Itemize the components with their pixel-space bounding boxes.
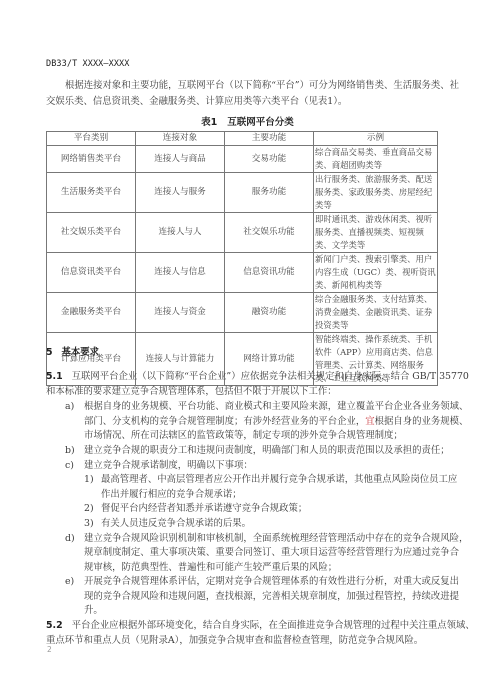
- table-caption-title: 互联网平台分类: [227, 117, 294, 128]
- cell-object: 连接人与资金: [136, 293, 225, 333]
- table-row: 生活服务类平台 连接人与服务 服务功能 出行服务类、旅游服务类、配送服务类、家政…: [47, 173, 438, 213]
- cell-example: 新闻门户类、搜索引擎类、用户内容生成（UGC）类、视听资讯类、新闻机构类等: [314, 253, 438, 293]
- intro-line-1: 根据连接对象和主要功能，互联网平台（以下简称“平台”）可分为网络销售类、生活服务…: [65, 80, 459, 92]
- subitem-1-line-1: 最高管理者、中高层管理者应公开作出并履行竞争合规承诺，其他重点风险岗位员工应: [101, 474, 457, 486]
- clause-5-1-line-1: 5.1互联网平台企业（以下简称“平台企业”）应依据竞争法相关规定和自身实际，结合…: [46, 371, 469, 383]
- table-row: 信息资讯类平台 连接人与信息 信息资讯功能 新闻门户类、搜索引擎类、用户内容生成…: [47, 253, 438, 293]
- subitem-1-line-2: 作出并履行相应的竞争合规承诺；: [101, 489, 242, 501]
- item-b-line-1: 建立竞争合规的职责分工和违规问责制度，明确部门和人员的职责范围以及承担的责任；: [84, 445, 450, 457]
- item-d-line-3: 规审核，防范典型性、普遍性和可能产生较严重后果的风险；: [84, 562, 337, 574]
- cell-category: 金融服务类平台: [47, 293, 136, 333]
- subitem-2-line-1: 督促平台内经营者知悉并承诺遵守竞争合规政策；: [101, 503, 307, 515]
- item-e-line-1: 开展竞争合规管理体系评估，定期对竞争合规管理体系的有效性进行分析，对重大或反复出: [84, 576, 459, 588]
- clause-5-2-line-1: 5.2平台企业应根据外部环境变化，结合自身实际，在全面推进竞争合规管理的过程中关…: [46, 620, 475, 632]
- cell-example: 即时通讯类、游戏休闲类、视听服务类、直播视频类、短视频类、文学类等: [314, 213, 438, 253]
- cell-category: 信息资讯类平台: [47, 253, 136, 293]
- subitem-1-label: 1): [84, 474, 94, 486]
- item-d-line-2: 规章制度制定、重大事项决策、重要合同签订、重大项目运营等经营管理行为应通过竞争合: [84, 547, 459, 559]
- page-number: 2: [47, 645, 52, 654]
- column-header-example: 示例: [314, 132, 438, 146]
- document-header-code: DB33/T XXXX—XXXX: [46, 59, 129, 69]
- column-header-category: 平台类别: [47, 132, 136, 146]
- cell-category: 社交娱乐类平台: [47, 213, 136, 253]
- section-number: 5: [46, 347, 53, 358]
- item-c-line-1: 建立竞争合规承诺制度，明确以下事项：: [84, 460, 253, 472]
- item-e-line-3: 升。: [84, 605, 103, 617]
- cell-function: 服务功能: [225, 173, 314, 213]
- cell-object: 连接人与服务: [136, 173, 225, 213]
- item-a-line-1: 根据自身的业务规模、平台功能、商业模式和主要风险来源，建立覆盖平台企业各业务领域…: [84, 401, 468, 413]
- column-header-function: 主要功能: [225, 132, 314, 146]
- cell-function: 交易功能: [225, 146, 314, 173]
- table-row: 社交娱乐类平台 连接人与人 社交娱乐功能 即时通讯类、游戏休闲类、视听服务类、直…: [47, 213, 438, 253]
- subitem-3-line-1: 有关人员违反竞争合规承诺的后果。: [101, 518, 251, 530]
- clause-number: 5.1: [46, 371, 63, 382]
- cell-example: 综合商品交易类、垂直商品交易类、商超团购类等: [314, 146, 438, 173]
- subitem-3-label: 3): [84, 518, 94, 530]
- clause-5-2-line-2: 重点环节和重点人员（见附录A），加强竞争合规审查和监督检查管理，防范竞争合规风险…: [46, 635, 423, 647]
- platform-classification-table: 平台类别 连接对象 主要功能 示例 网络销售类平台 连接人与商品 交易功能 综合…: [46, 131, 438, 386]
- clause-text: 平台企业应根据外部环境变化，结合自身实际，在全面推进竞争合规管理的过程中关注重点…: [72, 620, 475, 631]
- cell-object: 连接人与商品: [136, 146, 225, 173]
- table-caption-number: 表1: [201, 117, 217, 128]
- item-d-label: d): [65, 533, 75, 545]
- clause-5-1-line-2: 和本标准的要求建立竞争合规管理体系，包括但不限于开展以下工作：: [46, 386, 337, 398]
- item-d-line-1: 建立竞争合规风险识别机制和审核机制，全面系统梳理经营管理活动中存在的竞争合规风险…: [84, 533, 468, 545]
- cell-function: 融资功能: [225, 293, 314, 333]
- cell-object: 连接人与人: [136, 213, 225, 253]
- table-caption: 表1互联网平台分类: [0, 114, 495, 128]
- item-a-line-3: 市场情况、所在司法辖区的监管政策等，制定专项的涉外竞争合规管理制度；: [84, 430, 403, 442]
- table-header-row: 平台类别 连接对象 主要功能 示例: [47, 132, 438, 146]
- cell-example: 出行服务类、旅游服务类、配送服务类、家政服务类、房屋经纪类等: [314, 173, 438, 213]
- section-title: 基本要求: [62, 347, 100, 358]
- cell-example: 综合金融服务类、支付结算类、消费金融类、金融资讯类、证券投资类等: [314, 293, 438, 333]
- item-b-label: b): [65, 445, 75, 457]
- item-c-label: c): [65, 460, 74, 472]
- item-e-line-2: 现的竞争合规风险和违规问题，查找根源，完善相关规章制度，加强过程管控，持续改进提: [84, 591, 459, 603]
- cell-function: 信息资讯功能: [225, 253, 314, 293]
- item-a-text: 部门、分支机构的竞争合规管理制度；有涉外经营业务的平台企业，: [84, 416, 365, 427]
- clause-text: 互联网平台企业（以下简称“平台企业”）应依据竞争法相关规定和自身实际，结合 GB…: [72, 371, 469, 382]
- section-5-heading: 5基本要求: [46, 347, 99, 359]
- cell-category: 网络销售类平台: [47, 146, 136, 173]
- intro-line-2: 交娱乐类、信息资讯类、金融服务类、计算应用类等六类平台（见表1）。: [46, 96, 347, 108]
- document-page: DB33/T XXXX—XXXX 根据连接对象和主要功能，互联网平台（以下简称“…: [0, 0, 495, 700]
- cell-function: 社交娱乐功能: [225, 213, 314, 253]
- cell-object: 连接人与信息: [136, 253, 225, 293]
- table-row: 网络销售类平台 连接人与商品 交易功能 综合商品交易类、垂直商品交易类、商超团购…: [47, 146, 438, 173]
- highlighted-word: 宜: [365, 416, 374, 427]
- item-a-text: 根据自身的业务规模、: [375, 416, 469, 427]
- item-a-line-2: 部门、分支机构的竞争合规管理制度；有涉外经营业务的平台企业，宜根据自身的业务规模…: [84, 416, 468, 428]
- column-header-object: 连接对象: [136, 132, 225, 146]
- subitem-2-label: 2): [84, 503, 94, 515]
- item-e-label: e): [65, 576, 74, 588]
- cell-category: 生活服务类平台: [47, 173, 136, 213]
- clause-number: 5.2: [46, 620, 63, 631]
- item-a-label: a): [65, 401, 74, 413]
- table-row: 金融服务类平台 连接人与资金 融资功能 综合金融服务类、支付结算类、消费金融类、…: [47, 293, 438, 333]
